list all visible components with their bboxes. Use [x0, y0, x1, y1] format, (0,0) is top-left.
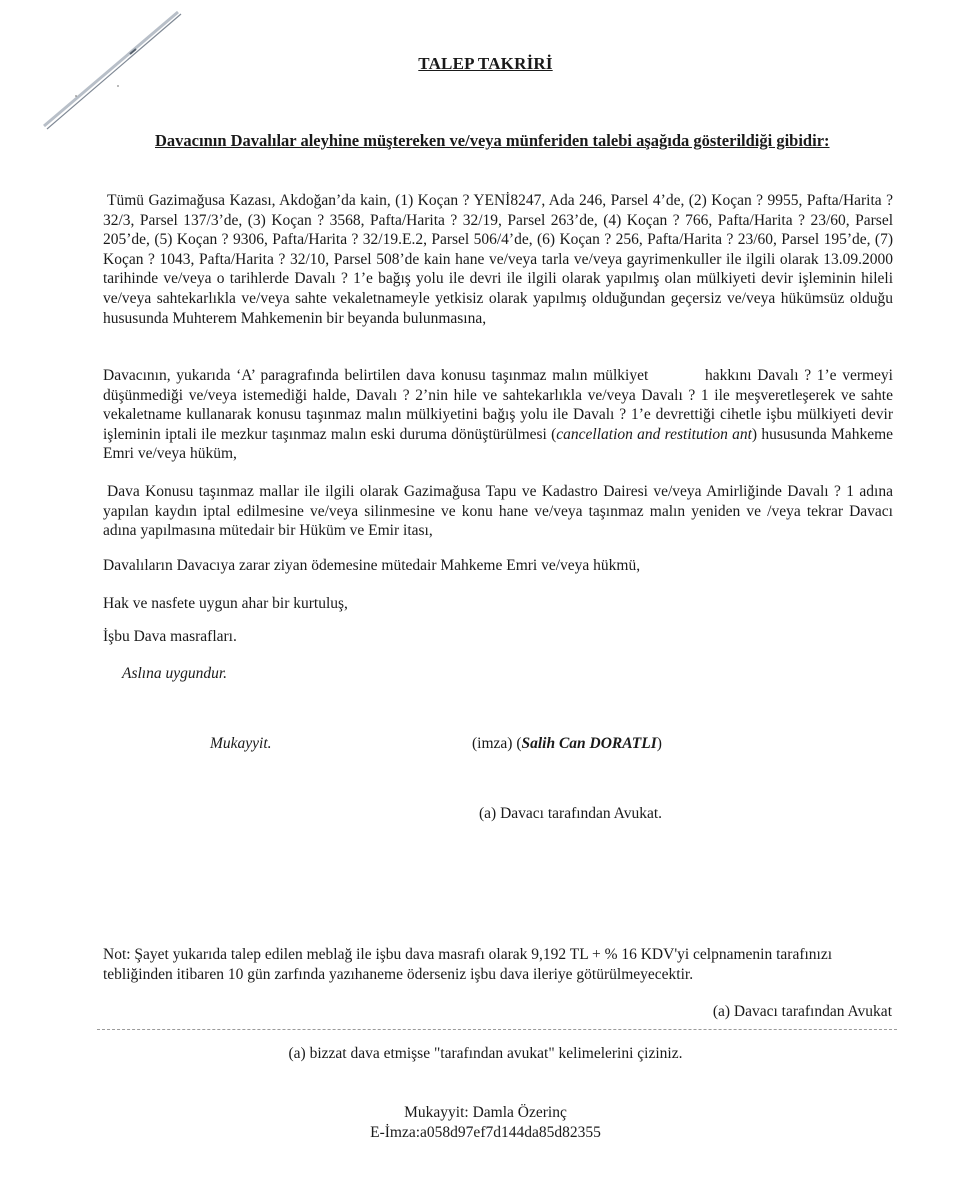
request-paragraph-2: Davacının, yukarıda ‘A’ paragrafında bel… — [103, 366, 893, 464]
request-paragraph-4: Davalıların Davacıya zarar ziyan ödemesi… — [103, 556, 893, 576]
registrar-name: Mukayyit: Damla Özerinç — [0, 1103, 971, 1123]
registrar-label: Mukayyit. — [210, 735, 272, 753]
signature-suffix: ) — [657, 735, 662, 752]
plaintiff-lawyer-label-2: (a) Davacı tarafından Avukat — [713, 1003, 892, 1021]
request-paragraph-5: Hak ve nasfete uygun ahar bir kurtuluş, — [103, 594, 893, 614]
document-title: TALEP TAKRİRİ — [0, 54, 971, 74]
signature-prefix: (imza) ( — [472, 735, 521, 752]
separator-line — [97, 1029, 897, 1030]
request-paragraph-6: İşbu Dava masrafları. — [103, 627, 893, 647]
request-paragraph-3: Dava Konusu taşınmaz mallar ile ilgili o… — [103, 482, 893, 541]
paragraph-2-italic-term: cancellation and restitution ant — [556, 426, 752, 443]
document-page: TALEP TAKRİRİ Davacının Davalılar aleyhi… — [0, 0, 971, 1200]
signatory-name: Salih Can DORATLI — [521, 735, 656, 752]
e-signature-id: E-İmza:a058d97ef7d144da85d82355 — [0, 1123, 971, 1143]
plaintiff-lawyer-label-1: (a) Davacı tarafından Avukat. — [479, 805, 662, 823]
footnote: (a) bizzat dava etmişse "tarafından avuk… — [0, 1045, 971, 1063]
e-signature-block: Mukayyit: Damla Özerinç E-İmza:a058d97ef… — [0, 1103, 971, 1143]
certified-true-copy-note: Aslına uygundur. — [122, 665, 227, 683]
intro-heading: Davacının Davalılar aleyhine müştereken … — [103, 131, 893, 151]
payment-note: Not: Şayet yukarıda talep edilen meblağ … — [103, 945, 903, 984]
signature-line: (imza) (Salih Can DORATLI) — [472, 735, 662, 753]
request-paragraph-1: Tümü Gazimağusa Kazası, Akdoğan’da kain,… — [103, 191, 893, 328]
